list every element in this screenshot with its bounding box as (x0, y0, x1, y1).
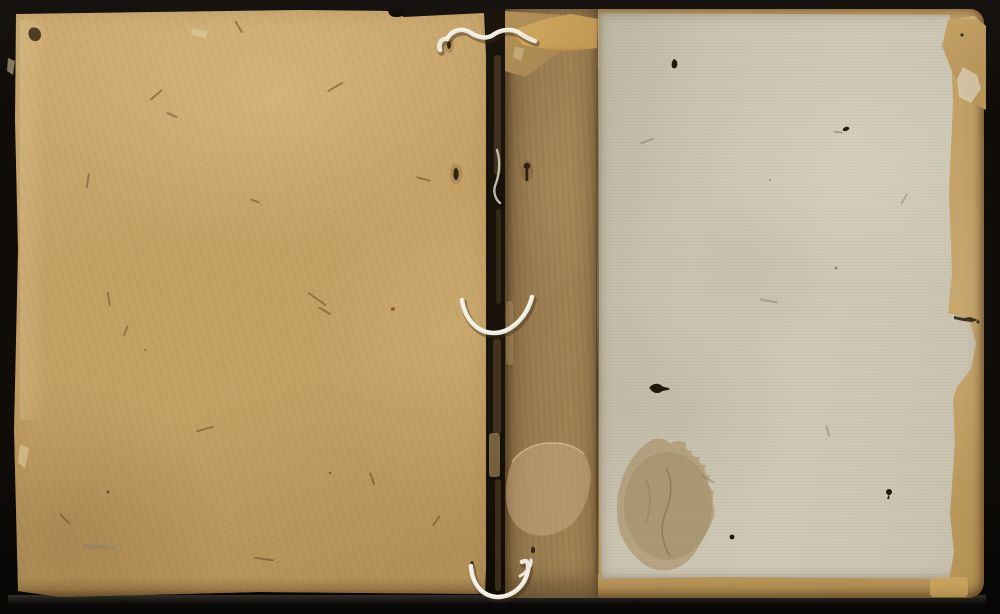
left-cover-marks (7, 27, 395, 550)
torn-edge-specks (954, 33, 980, 323)
spine-torn-patch (506, 46, 591, 536)
gap-thread-wisp (494, 150, 500, 203)
detail-overlay (0, 0, 1000, 614)
adhesive-stain (617, 438, 714, 570)
book-scan (0, 0, 1000, 614)
